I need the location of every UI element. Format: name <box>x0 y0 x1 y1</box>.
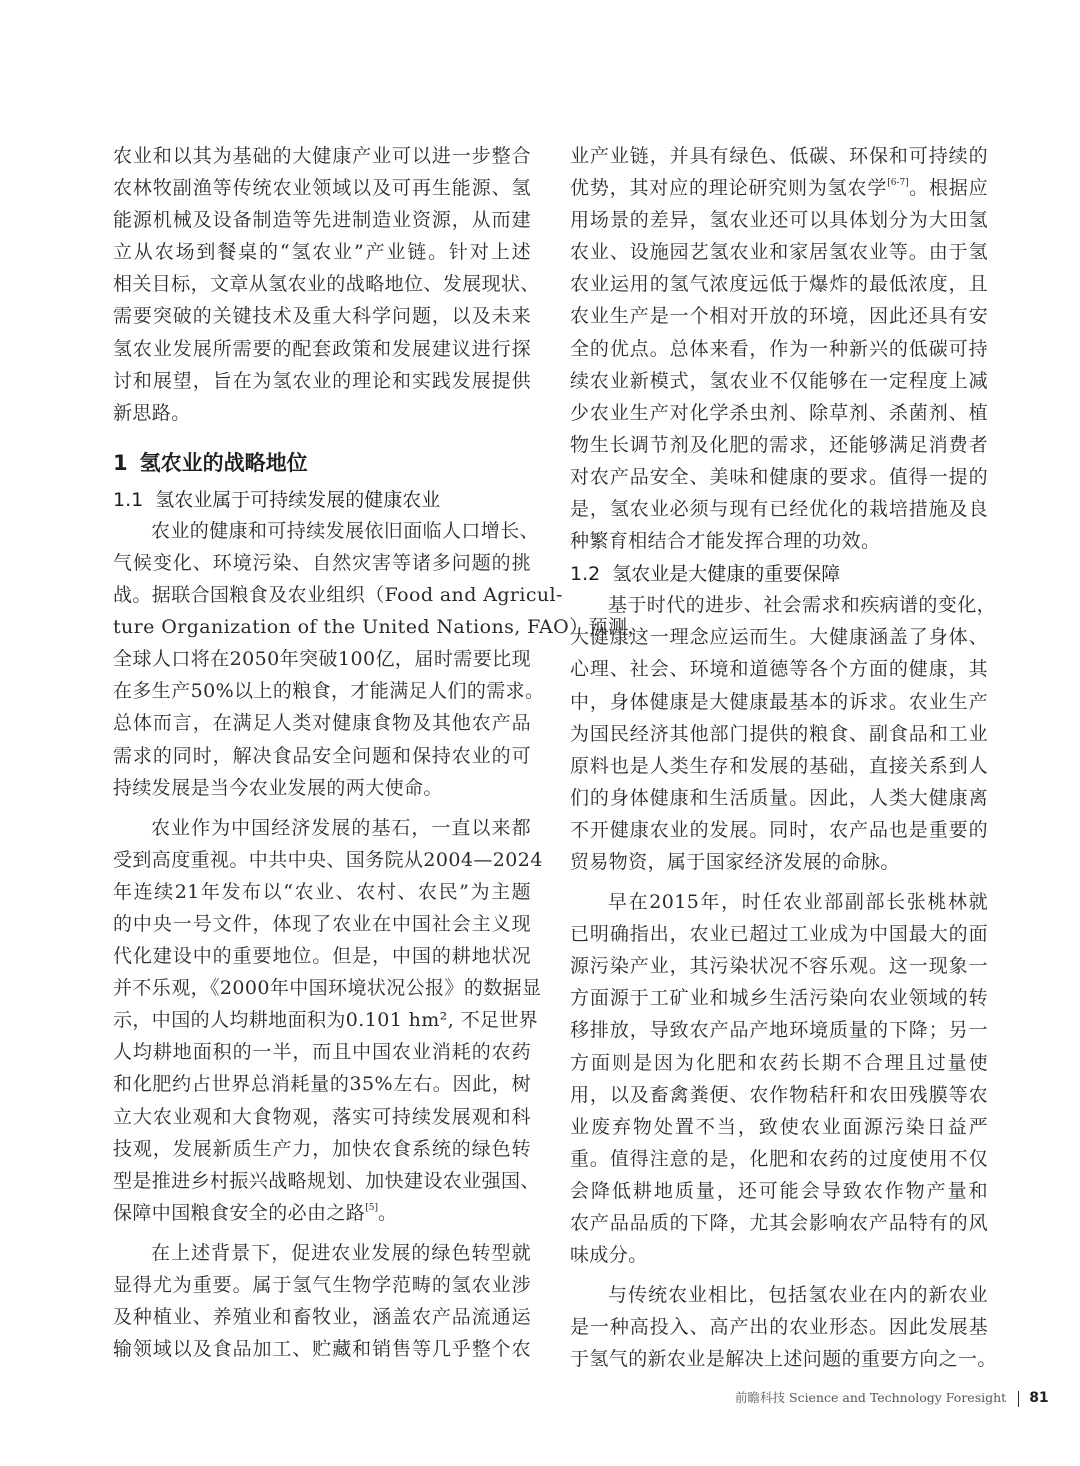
text-line: 农业运用的氢气浓度远低于爆炸的最低浓度，且 <box>570 268 988 300</box>
text-line: 和化肥约占世界总消耗量的35%左右。因此，树 <box>113 1068 531 1100</box>
subsection-number: 1.2 <box>570 559 600 589</box>
text-line: 业产业链，并具有绿色、低碳、环保和可持续的 <box>570 140 988 172</box>
subsection-number: 1.1 <box>113 485 143 515</box>
section-title: 氢农业的战略地位 <box>140 451 308 475</box>
section-number: 1 <box>113 441 128 485</box>
text-line: 业废弃物处置不当，致使农业面源污染日益严 <box>570 1111 988 1143</box>
text-line: 新思路。 <box>113 397 531 429</box>
subsection-title: 氢农业属于可持续发展的健康农业 <box>155 489 440 511</box>
text-line: 对农产品安全、美味和健康的要求。值得一提的 <box>570 461 988 493</box>
text-line: 受到高度重视。中共中央、国务院从2004—2024 <box>113 844 531 876</box>
text-line: 农产品品质的下降，尤其会影响农产品特有的风 <box>570 1207 988 1239</box>
text-line: 们的身体健康和生活质量。因此，人类大健康离 <box>570 782 988 814</box>
journal-name-en: Science and Technology Foresight <box>789 1390 1006 1405</box>
text-line: 于氢气的新农业是解决上述问题的重要方向之一。 <box>570 1343 988 1375</box>
text-line: 物生长调节剂及化肥的需求，还能够满足消费者 <box>570 429 988 461</box>
text-line: 用，以及畜禽粪便、农作物秸秆和农田残膜等农 <box>570 1079 988 1111</box>
left-column: 农业和以其为基础的大健康产业可以进一步整合 农林牧副渔等传统农业领域以及可再生能… <box>113 140 531 1365</box>
text-line: 会降低耕地质量，还可能会导致农作物产量和 <box>570 1175 988 1207</box>
text-line: 在上述背景下，促进农业发展的绿色转型就 <box>113 1237 531 1269</box>
text-line: 年连续21年发布以“农业、农村、农民”为主题 <box>113 876 531 908</box>
citation-ref[interactable]: [5] <box>365 1203 378 1213</box>
text-line: 优势，其对应的理论研究则为氢农学[6-7]。根据应 <box>570 172 988 204</box>
text-line: 农业生产是一个相对开放的环境，因此还具有安 <box>570 300 988 332</box>
text-span: 优势，其对应的理论研究则为氢农学 <box>570 177 887 199</box>
citation-ref[interactable]: [6-7] <box>887 178 909 188</box>
text-line: 型是推进乡村振兴战略规划、加快建设农业强国、 <box>113 1165 531 1197</box>
paragraph: 基于时代的进步、社会需求和疾病谱的变化， 大健康这一理念应运而生。大健康涵盖了身… <box>570 589 988 878</box>
page-footer: 前瞻科技 Science and Technology Foresight81 <box>735 1388 1049 1407</box>
section-heading-1: 1氢农业的战略地位 <box>113 441 531 481</box>
text-line: 的中央一号文件，体现了农业在中国社会主义现 <box>113 908 531 940</box>
text-span: 。根据应 <box>909 177 988 199</box>
subsection-heading-1-1: 1.1氢农业属于可持续发展的健康农业 <box>113 485 531 515</box>
page-number: 81 <box>1029 1390 1048 1406</box>
text-line: 农林牧副渔等传统农业领域以及可再生能源、氢 <box>113 172 531 204</box>
text-line: 少农业生产对化学杀虫剂、除草剂、杀菌剂、植 <box>570 397 988 429</box>
text-line: 大健康这一理念应运而生。大健康涵盖了身体、 <box>570 621 988 653</box>
text-line: 代化建设中的重要地位。但是，中国的耕地状况 <box>113 940 531 972</box>
text-line: 及种植业、养殖业和畜牧业，涵盖农产品流通运 <box>113 1301 531 1333</box>
text-line: 种繁育相结合才能发挥合理的功效。 <box>570 525 988 557</box>
text-line: 总体而言，在满足人类对健康食物及其他农产品 <box>113 707 531 739</box>
text-line: 农业的健康和可持续发展依旧面临人口增长、 <box>113 515 531 547</box>
text-line: 并不乐观，《2000年中国环境状况公报》的数据显 <box>113 972 531 1004</box>
text-line: 为国民经济其他部门提供的粮食、副食品和工业 <box>570 718 988 750</box>
paragraph: 与传统农业相比，包括氢农业在内的新农业 是一种高投入、高产出的农业形态。因此发展… <box>570 1279 988 1375</box>
paragraph: 农业作为中国经济发展的基石，一直以来都 受到高度重视。中共中央、国务院从2004… <box>113 812 531 1229</box>
text-line: 显得尤为重要。属于氢气生物学范畴的氢农业涉 <box>113 1269 531 1301</box>
text-line: 原料也是人类生存和发展的基础，直接关系到人 <box>570 750 988 782</box>
text-line: 能源机械及设备制造等先进制造业资源，从而建 <box>113 204 531 236</box>
journal-name-cn: 前瞻科技 <box>735 1390 785 1405</box>
text-line: 示，中国的人均耕地面积为0.101 hm², 不足世界 <box>113 1004 531 1036</box>
text-line: 是一种高投入、高产出的农业形态。因此发展基 <box>570 1311 988 1343</box>
text-line: 贸易物资，属于国家经济发展的命脉。 <box>570 846 988 878</box>
text-line: 与传统农业相比，包括氢农业在内的新农业 <box>570 1279 988 1311</box>
text-line: 讨和展望，旨在为氢农业的理论和实践发展提供 <box>113 365 531 397</box>
text-line: 基于时代的进步、社会需求和疾病谱的变化， <box>570 589 988 621</box>
text-line: 重。值得注意的是，化肥和农药的过度使用不仅 <box>570 1143 988 1175</box>
text-line: 需求的同时，解决食品安全问题和保持农业的可 <box>113 740 531 772</box>
text-line: 气候变化、环境污染、自然灾害等诸多问题的挑 <box>113 547 531 579</box>
text-line: 立大农业观和大食物观，落实可持续发展观和科 <box>113 1101 531 1133</box>
text-span: 。 <box>378 1202 397 1224</box>
text-line: 输领域以及食品加工、贮藏和销售等几乎整个农 <box>113 1333 531 1365</box>
text-line: 续农业新模式，氢农业不仅能够在一定程度上减 <box>570 365 988 397</box>
text-line: 立从农场到餐桌的“氢农业”产业链。针对上述 <box>113 236 531 268</box>
text-line: 全的优点。总体来看，作为一种新兴的低碳可持 <box>570 333 988 365</box>
text-span: 保障中国粮食安全的必由之路 <box>113 1202 365 1224</box>
text-line: 在多生产50%以上的粮食，才能满足人们的需求。 <box>113 675 531 707</box>
text-line: 移排放，导致农产品产地环境质量的下降；另一 <box>570 1014 988 1046</box>
text-line: 方面源于工矿业和城乡生活污染向农业领域的转 <box>570 982 988 1014</box>
text-line: 方面则是因为化肥和农药长期不合理且过量使 <box>570 1047 988 1079</box>
text-line: 氢农业发展所需要的配套政策和发展建议进行探 <box>113 333 531 365</box>
subsection-title: 氢农业是大健康的重要保障 <box>612 563 840 585</box>
text-line: 农业作为中国经济发展的基石，一直以来都 <box>113 812 531 844</box>
text-line: 农业和以其为基础的大健康产业可以进一步整合 <box>113 140 531 172</box>
text-line: 人均耕地面积的一半，而且中国农业消耗的农药 <box>113 1036 531 1068</box>
text-line: 持续发展是当今农业发展的两大使命。 <box>113 772 531 804</box>
text-line: 技观，发展新质生产力，加快农食系统的绿色转 <box>113 1133 531 1165</box>
text-line: 源污染产业，其污染状况不容乐观。这一现象一 <box>570 950 988 982</box>
text-line: 已明确指出，农业已超过工业成为中国最大的面 <box>570 918 988 950</box>
text-line: 战。据联合国粮食及农业组织（Food and Agricul- <box>113 579 531 611</box>
text-line: 早在2015年，时任农业部副部长张桃林就 <box>570 886 988 918</box>
text-line: 需要突破的关键技术及重大科学问题，以及未来 <box>113 300 531 332</box>
text-line: 心理、社会、环境和道德等各个方面的健康，其 <box>570 653 988 685</box>
paragraph: 在上述背景下，促进农业发展的绿色转型就 显得尤为重要。属于氢气生物学范畴的氢农业… <box>113 1237 531 1365</box>
paragraph: 农业的健康和可持续发展依旧面临人口增长、 气候变化、环境污染、自然灾害等诸多问题… <box>113 515 531 804</box>
text-line: 中，身体健康是大健康最基本的诉求。农业生产 <box>570 686 988 718</box>
text-line: 相关目标，文章从氢农业的战略地位、发展现状、 <box>113 268 531 300</box>
text-line: 农业、设施园艺氢农业和家居氢农业等。由于氢 <box>570 236 988 268</box>
intro-paragraph: 农业和以其为基础的大健康产业可以进一步整合 农林牧副渔等传统农业领域以及可再生能… <box>113 140 531 429</box>
text-line: 是，氢农业必须与现有已经优化的栽培措施及良 <box>570 493 988 525</box>
text-line: 全球人口将在2050年突破100亿，届时需要比现 <box>113 643 531 675</box>
text-line: 味成分。 <box>570 1239 988 1271</box>
text-line: 用场景的差异，氢农业还可以具体划分为大田氢 <box>570 204 988 236</box>
text-line: 不开健康农业的发展。同时，农产品也是重要的 <box>570 814 988 846</box>
subsection-heading-1-2: 1.2氢农业是大健康的重要保障 <box>570 559 988 589</box>
text-line: ture Organization of the United Nations,… <box>113 611 531 643</box>
paragraph: 早在2015年，时任农业部副部长张桃林就 已明确指出，农业已超过工业成为中国最大… <box>570 886 988 1271</box>
footer-divider <box>1018 1391 1019 1407</box>
text-line: 保障中国粮食安全的必由之路[5]。 <box>113 1197 531 1229</box>
right-column: 业产业链，并具有绿色、低碳、环保和可持续的 优势，其对应的理论研究则为氢农学[6… <box>570 140 988 1375</box>
paragraph: 业产业链，并具有绿色、低碳、环保和可持续的 优势，其对应的理论研究则为氢农学[6… <box>570 140 988 557</box>
